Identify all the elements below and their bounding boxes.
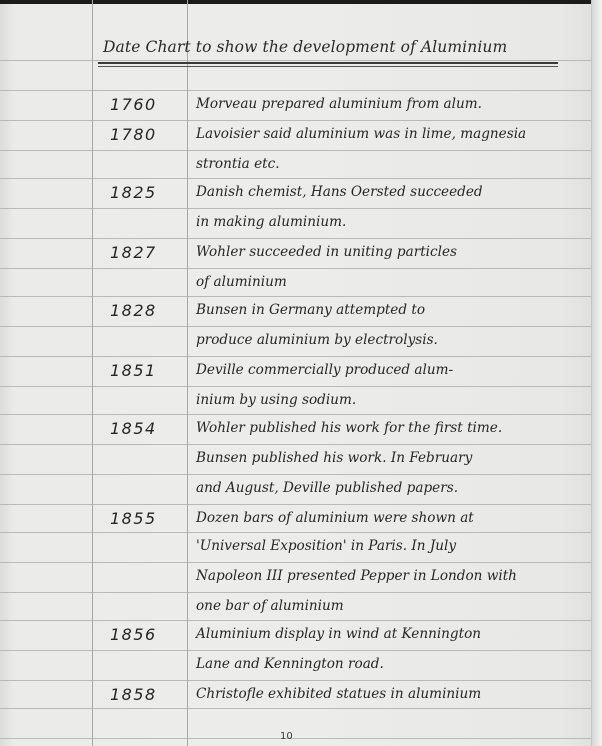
entry-text-line: strontia etc. <box>196 156 586 172</box>
entry-text-line: Lane and Kennington road. <box>196 656 586 672</box>
entry-text-line: Bunsen in Germany attempted to <box>196 302 586 318</box>
ruled-line <box>0 562 602 563</box>
ruled-line <box>0 504 602 505</box>
ruled-line <box>0 356 602 357</box>
ruled-line <box>0 296 602 297</box>
entry-text-line: produce aluminium by electrolysis. <box>196 332 586 348</box>
entry-year: 1855 <box>110 509 180 528</box>
entry-text-line: Morveau prepared aluminium from alum. <box>196 96 586 112</box>
entry-year: 1856 <box>110 625 180 644</box>
margin-line-left <box>92 0 93 746</box>
entry-year: 1854 <box>110 419 180 438</box>
ruled-line <box>0 680 602 681</box>
entry-year: 1851 <box>110 361 180 380</box>
margin-line-date <box>187 0 188 746</box>
entry-text-line: Christofle exhibited statues in aluminiu… <box>196 686 586 702</box>
ruled-line <box>0 708 602 709</box>
page-edge <box>591 0 602 746</box>
entry-text-line: 'Universal Exposition' in Paris. In July <box>196 538 586 554</box>
scan-top-border <box>0 0 602 4</box>
entry-text-line: Wohler published his work for the first … <box>196 420 586 436</box>
entry-text-line: and August, Deville published papers. <box>196 480 586 496</box>
entry-text-line: Lavoisier said aluminium was in lime, ma… <box>196 126 586 142</box>
ruled-line <box>0 326 602 327</box>
entry-text-line: Deville commercially produced alum- <box>196 362 586 378</box>
notebook-page: Date Chart to show the development of Al… <box>0 0 602 746</box>
entry-year: 1828 <box>110 301 180 320</box>
ruled-line <box>0 532 602 533</box>
entry-text-line: of aluminium <box>196 274 586 290</box>
ruled-line <box>0 150 602 151</box>
ruled-line <box>0 444 602 445</box>
ruled-line <box>0 178 602 179</box>
ruled-line <box>0 208 602 209</box>
entry-text-line: in making aluminium. <box>196 214 586 230</box>
entry-text-line: Napoleon III presented Pepper in London … <box>196 568 586 584</box>
ruled-line <box>0 738 602 739</box>
ruled-line <box>0 386 602 387</box>
ruled-line <box>0 120 602 121</box>
ruled-line <box>0 620 602 621</box>
entry-text-line: Danish chemist, Hans Oersted succeeded <box>196 184 586 200</box>
title-underline-second <box>98 66 558 67</box>
page-title: Date Chart to show the development of Al… <box>103 38 563 56</box>
entry-year: 1825 <box>110 183 180 202</box>
entry-text-line: Wohler succeeded in uniting particles <box>196 244 586 260</box>
ruled-line <box>0 414 602 415</box>
entry-year: 1827 <box>110 243 180 262</box>
ruled-line <box>0 474 602 475</box>
page-number: 10 <box>280 731 293 742</box>
entry-text-line: Bunsen published his work. In February <box>196 450 586 466</box>
entry-year: 1760 <box>110 95 180 114</box>
entry-text-line: Dozen bars of aluminium were shown at <box>196 510 586 526</box>
entry-text-line: Aluminium display in wind at Kennington <box>196 626 586 642</box>
ruled-line <box>0 90 602 91</box>
entry-text-line: one bar of aluminium <box>196 598 586 614</box>
ruled-line <box>0 60 602 61</box>
entry-year: 1858 <box>110 685 180 704</box>
entry-text-line: inium by using sodium. <box>196 392 586 408</box>
ruled-line <box>0 268 602 269</box>
ruled-line <box>0 650 602 651</box>
ruled-line <box>0 592 602 593</box>
entry-year: 1780 <box>110 125 180 144</box>
title-underline <box>98 62 558 64</box>
ruled-line <box>0 238 602 239</box>
